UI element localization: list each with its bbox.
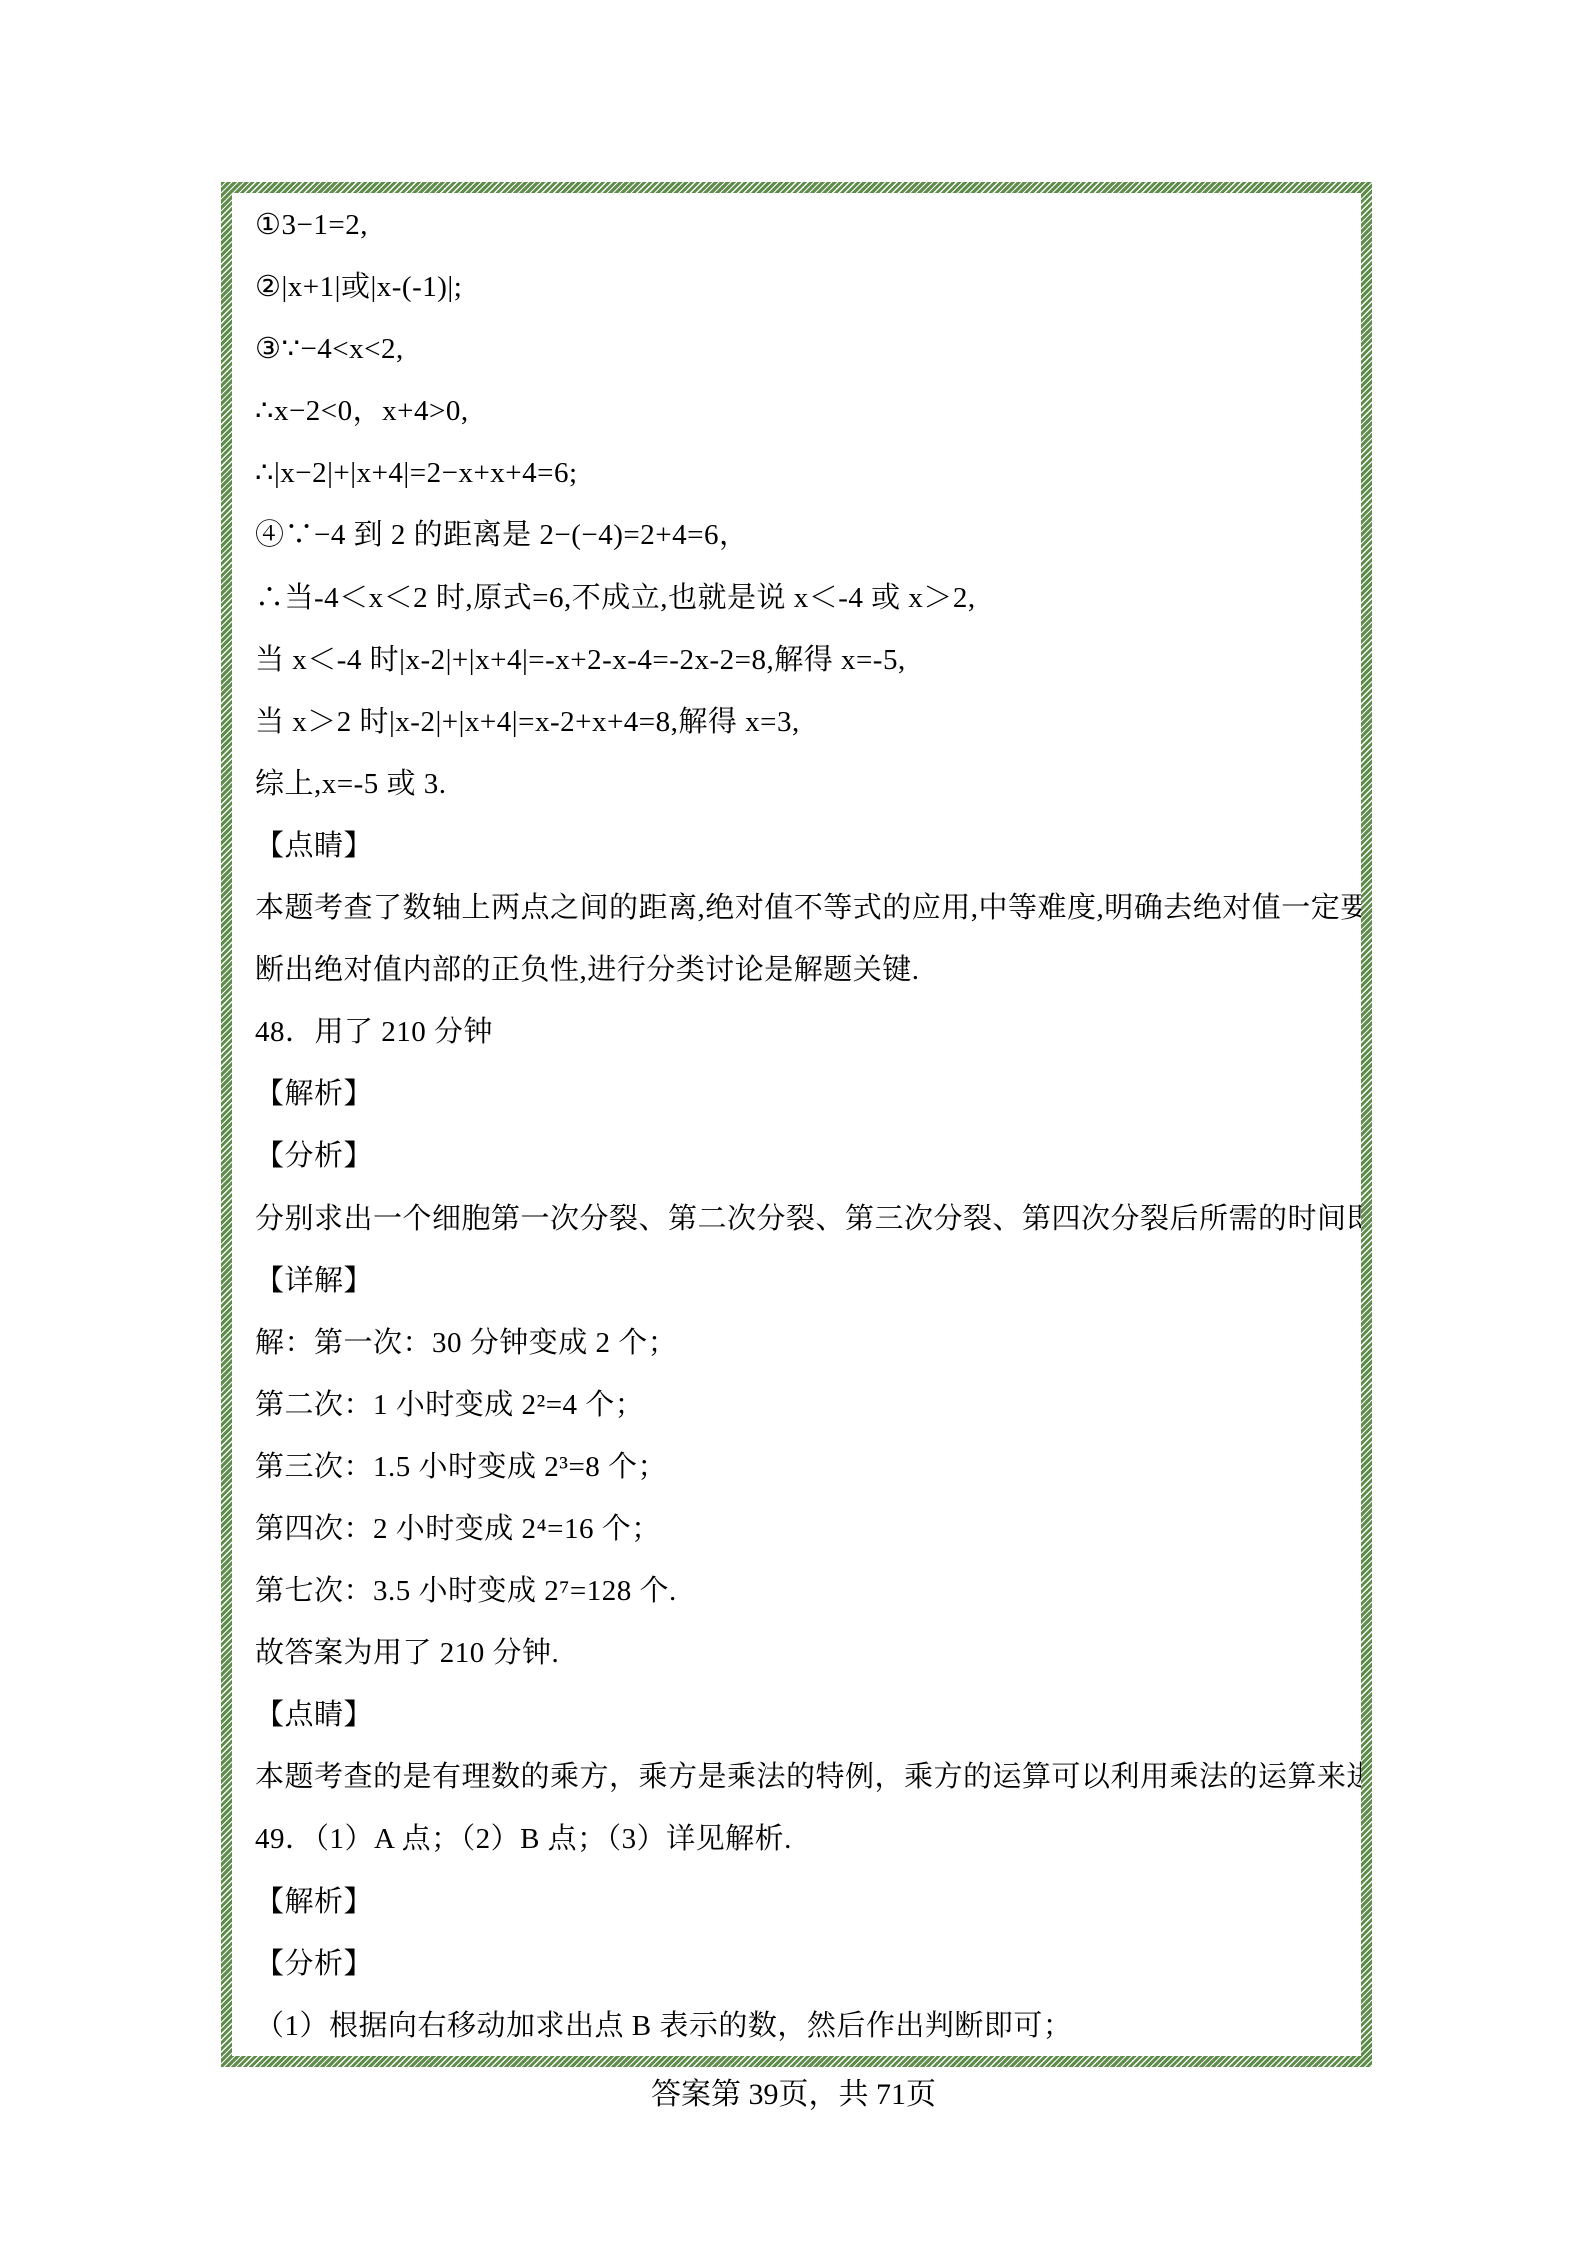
text-line: 第七次：3.5 小时变成 2⁷=128 个. <box>255 1560 1343 1622</box>
text-line: ②|x+1|或|x-(-1)|; <box>255 256 1343 318</box>
text-line: 49．（1）A 点；（2）B 点；（3）详见解析. <box>255 1808 1343 1870</box>
text-line: 当 x＜-4 时|x-2|+|x+4|=-x+2-x-4=-2x-2=8,解得 … <box>255 629 1343 691</box>
text-line: 本题考查了数轴上两点之间的距离,绝对值不等式的应用,中等难度,明确去绝对值一定要… <box>255 877 1343 939</box>
text-line: 【详解】 <box>255 1250 1343 1312</box>
text-line: 本题考查的是有理数的乘方，乘方是乘法的特例，乘方的运算可以利用乘法的运算来进行. <box>255 1746 1343 1808</box>
text-line: 【解析】 <box>255 1063 1343 1125</box>
text-line: 【解析】 <box>255 1871 1343 1933</box>
text-line: 第二次：1 小时变成 2²=4 个； <box>255 1374 1343 1436</box>
text-line: 第三次：1.5 小时变成 2³=8 个； <box>255 1436 1343 1498</box>
text-line: ∴|x−2|+|x+4|=2−x+x+4=6; <box>255 442 1343 504</box>
text-line: ③∵−4<x<2, <box>255 318 1343 380</box>
text-line: 当 x＞2 时|x-2|+|x+4|=x-2+x+4=8,解得 x=3, <box>255 691 1343 753</box>
answer-text-block: ①3−1=2,②|x+1|或|x-(-1)|;③∵−4<x<2,∴x−2<0，x… <box>232 193 1361 2056</box>
text-line: ①3−1=2, <box>255 194 1343 256</box>
text-line: 解：第一次：30 分钟变成 2 个； <box>255 1312 1343 1374</box>
text-line: 【分析】 <box>255 1125 1343 1187</box>
text-line: 【点睛】 <box>255 1684 1343 1746</box>
text-line: ∴当-4＜x＜2 时,原式=6,不成立,也就是说 x＜-4 或 x＞2, <box>255 567 1343 629</box>
decorative-border: ①3−1=2,②|x+1|或|x-(-1)|;③∵−4<x<2,∴x−2<0，x… <box>221 182 1372 2067</box>
text-line: （1）根据向右移动加求出点 B 表示的数，然后作出判断即可； <box>255 1995 1343 2056</box>
text-line: 【分析】 <box>255 1933 1343 1995</box>
text-line: 故答案为用了 210 分钟. <box>255 1622 1343 1684</box>
text-line: 断出绝对值内部的正负性,进行分类讨论是解题关键. <box>255 939 1343 1001</box>
text-line: 【点睛】 <box>255 815 1343 877</box>
text-line: 第四次：2 小时变成 2⁴=16 个； <box>255 1498 1343 1560</box>
text-line: 分别求出一个细胞第一次分裂、第二次分裂、第三次分裂、第四次分裂后所需的时间即可. <box>255 1188 1343 1250</box>
text-line: 综上,x=-5 或 3. <box>255 753 1343 815</box>
page-footer: 答案第 39页，共 71页 <box>0 2066 1587 2124</box>
text-line: ④∵−4 到 2 的距离是 2−(−4)=2+4=6， <box>255 504 1343 566</box>
text-line: ∴x−2<0，x+4>0, <box>255 380 1343 442</box>
text-line: 48．用了 210 分钟 <box>255 1001 1343 1063</box>
page-number: 答案第 39页，共 71页 <box>651 2078 936 2111</box>
